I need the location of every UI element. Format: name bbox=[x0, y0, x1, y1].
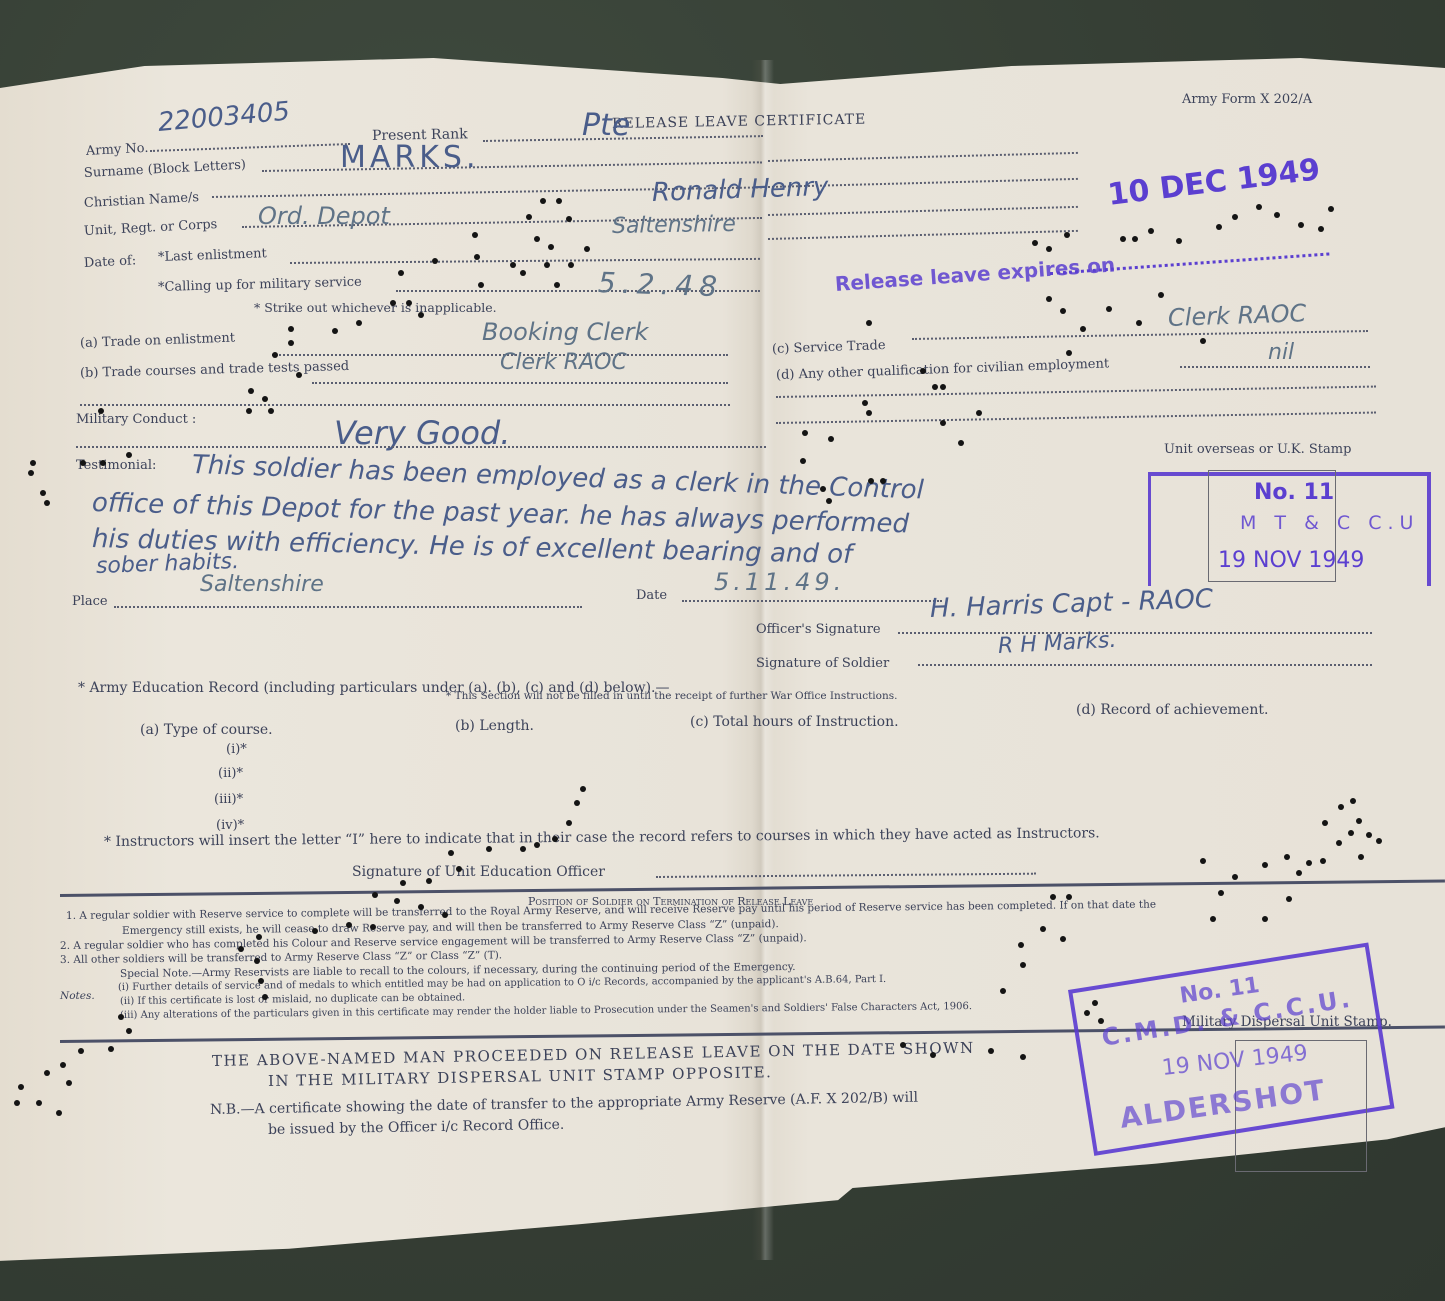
perforation-hole bbox=[526, 214, 532, 220]
perforation-hole bbox=[100, 460, 106, 466]
perforation-hole bbox=[406, 300, 412, 306]
education-col-c: (c) Total hours of Instruction. bbox=[690, 714, 899, 730]
surname-value: MARKS. bbox=[340, 140, 480, 175]
perforation-hole bbox=[118, 1014, 124, 1020]
perforation-hole bbox=[534, 842, 540, 848]
perforation-hole bbox=[574, 800, 580, 806]
perforation-hole bbox=[1098, 1018, 1104, 1024]
perforation-hole bbox=[940, 420, 946, 426]
perforation-hole bbox=[930, 1052, 936, 1058]
perforation-hole bbox=[474, 254, 480, 260]
christian-names-value: Ronald Henry bbox=[651, 172, 828, 208]
date-value: 5.11.49. bbox=[714, 568, 845, 596]
perforation-hole bbox=[1296, 870, 1302, 876]
perforation-hole bbox=[36, 1100, 42, 1106]
perforation-hole bbox=[1120, 236, 1126, 242]
other-qual-value: nil bbox=[1268, 340, 1294, 365]
perforation-hole bbox=[246, 408, 252, 414]
education-col-a: (a) Type of course. bbox=[140, 722, 273, 738]
unit-stamp-label: Unit overseas or U.K. Stamp bbox=[1164, 442, 1351, 457]
perforation-hole bbox=[1338, 804, 1344, 810]
perforation-hole bbox=[1262, 916, 1268, 922]
perforation-hole bbox=[312, 928, 318, 934]
perforation-hole bbox=[1066, 350, 1072, 356]
perforation-hole bbox=[1216, 224, 1222, 230]
perforation-hole bbox=[1284, 854, 1290, 860]
perforation-hole bbox=[1064, 232, 1070, 238]
perforation-hole bbox=[520, 270, 526, 276]
perforation-hole bbox=[826, 498, 832, 504]
date-line bbox=[682, 600, 942, 602]
perforation-hole bbox=[1328, 206, 1334, 212]
perforation-hole bbox=[1148, 228, 1154, 234]
education-row-iii: (iii)* bbox=[214, 792, 243, 807]
perforation-hole bbox=[108, 1046, 114, 1052]
perforation-hole bbox=[1376, 838, 1382, 844]
perforation-hole bbox=[248, 388, 254, 394]
testimonial-label: Testimonial: bbox=[76, 458, 156, 473]
other-qual-line bbox=[1180, 366, 1370, 368]
perforation-hole bbox=[370, 924, 376, 930]
perforation-hole bbox=[1106, 306, 1112, 312]
perforation-hole bbox=[880, 478, 886, 484]
perforation-hole bbox=[478, 282, 484, 288]
perforation-hole bbox=[30, 460, 36, 466]
perforation-hole bbox=[940, 384, 946, 390]
perforation-hole bbox=[554, 282, 560, 288]
perforation-hole bbox=[258, 978, 264, 984]
perforation-hole bbox=[262, 396, 268, 402]
perforation-hole bbox=[552, 836, 558, 842]
perforation-hole bbox=[1200, 858, 1206, 864]
education-row-iv: (iv)* bbox=[216, 818, 244, 833]
education-row-ii: (ii)* bbox=[218, 766, 243, 781]
perforation-hole bbox=[390, 300, 396, 306]
perforation-hole bbox=[1018, 942, 1024, 948]
education-row-i: (i)* bbox=[226, 742, 247, 757]
perforation-hole bbox=[14, 1100, 20, 1106]
perforation-hole bbox=[932, 384, 938, 390]
perforation-hole bbox=[1356, 818, 1362, 824]
perforation-hole bbox=[472, 232, 478, 238]
military-conduct-label: Military Conduct : bbox=[76, 412, 196, 427]
perforation-hole bbox=[510, 262, 516, 268]
perforation-hole bbox=[126, 452, 132, 458]
date-of-label: Date of: bbox=[84, 253, 137, 271]
perforation-hole bbox=[346, 922, 352, 928]
perforation-hole bbox=[1348, 830, 1354, 836]
perforation-hole bbox=[1060, 308, 1066, 314]
perforation-hole bbox=[1232, 214, 1238, 220]
place-line bbox=[114, 606, 582, 608]
perforation-hole bbox=[272, 352, 278, 358]
perforation-hole bbox=[238, 946, 244, 952]
perforation-hole bbox=[548, 244, 554, 250]
perforation-hole bbox=[828, 436, 834, 442]
education-col-d: (d) Record of achievement. bbox=[1076, 702, 1268, 718]
perforation-hole bbox=[1210, 916, 1216, 922]
perforation-hole bbox=[566, 820, 572, 826]
education-col-b: (b) Length. bbox=[455, 718, 534, 734]
perforation-hole bbox=[1318, 226, 1324, 232]
perforation-hole bbox=[1080, 326, 1086, 332]
perforation-hole bbox=[820, 486, 826, 492]
education-signature-label: Signature of Unit Education Officer bbox=[352, 864, 605, 880]
unit-value-2: Saltenshire bbox=[612, 212, 736, 239]
perforation-hole bbox=[1020, 962, 1026, 968]
perforation-hole bbox=[866, 410, 872, 416]
perforation-hole bbox=[356, 320, 362, 326]
perforation-hole bbox=[426, 878, 432, 884]
perforation-hole bbox=[256, 934, 262, 940]
perforation-hole bbox=[1262, 862, 1268, 868]
perforation-hole bbox=[1176, 238, 1182, 244]
perforation-hole bbox=[44, 1070, 50, 1076]
form-number: Army Form X 202/A bbox=[1182, 92, 1312, 107]
perforation-hole bbox=[1350, 798, 1356, 804]
perforation-hole bbox=[866, 320, 872, 326]
perforation-hole bbox=[568, 262, 574, 268]
perforation-hole bbox=[1286, 896, 1292, 902]
place-value: Saltenshire bbox=[200, 572, 324, 597]
perforation-hole bbox=[556, 198, 562, 204]
perforation-hole bbox=[1298, 222, 1304, 228]
perforation-hole bbox=[288, 340, 294, 346]
perforation-hole bbox=[544, 262, 550, 268]
trade-enlistment-value: Booking Clerk bbox=[482, 318, 648, 346]
perforation-hole bbox=[976, 410, 982, 416]
perforation-hole bbox=[520, 846, 526, 852]
perforation-hole bbox=[1322, 820, 1328, 826]
perforation-hole bbox=[1306, 860, 1312, 866]
officer-signature-label: Officer's Signature bbox=[756, 622, 881, 637]
unit-stamp-date: 19 NOV 1949 bbox=[1218, 548, 1364, 573]
perforation-hole bbox=[534, 236, 540, 242]
perforation-hole bbox=[566, 216, 572, 222]
perforation-hole bbox=[486, 846, 492, 852]
perforation-hole bbox=[66, 1080, 72, 1086]
strike-out-note: * Strike out whichever is inapplicable. bbox=[254, 300, 497, 315]
perforation-hole bbox=[1320, 858, 1326, 864]
perforation-hole bbox=[1218, 890, 1224, 896]
date-label: Date bbox=[636, 588, 667, 603]
perforation-hole bbox=[1358, 854, 1364, 860]
perforation-hole bbox=[400, 880, 406, 886]
perforation-hole bbox=[580, 786, 586, 792]
trade-courses-line bbox=[312, 382, 728, 384]
service-trade-value: Clerk RAOC bbox=[1168, 299, 1307, 332]
perforation-hole bbox=[44, 500, 50, 506]
unit-stamp-no: No. 11 bbox=[1254, 480, 1334, 505]
perforation-hole bbox=[418, 904, 424, 910]
perforation-hole bbox=[540, 198, 546, 204]
perforation-hole bbox=[988, 1048, 994, 1054]
perforation-hole bbox=[268, 408, 274, 414]
perforation-hole bbox=[900, 1042, 906, 1048]
perforation-hole bbox=[1336, 840, 1342, 846]
education-note: * This Section will not be filled in unt… bbox=[446, 690, 897, 702]
perforation-hole bbox=[1066, 894, 1072, 900]
unit-value: Ord. Depot bbox=[258, 202, 390, 230]
perforation-hole bbox=[432, 258, 438, 264]
perforation-hole bbox=[1092, 1000, 1098, 1006]
perforation-hole bbox=[18, 1084, 24, 1090]
perforation-hole bbox=[1200, 338, 1206, 344]
perforation-hole bbox=[254, 958, 260, 964]
perforation-hole bbox=[28, 470, 34, 476]
perforation-hole bbox=[296, 372, 302, 378]
perforation-hole bbox=[584, 246, 590, 252]
soldier-signature-line bbox=[918, 664, 1372, 666]
perforation-hole bbox=[1256, 204, 1262, 210]
perforation-hole bbox=[56, 1110, 62, 1116]
perforation-hole bbox=[288, 326, 294, 332]
place-label: Place bbox=[72, 594, 108, 609]
perforation-hole bbox=[958, 440, 964, 446]
perforation-hole bbox=[332, 328, 338, 334]
notes-label: Notes. bbox=[60, 990, 95, 1002]
perforation-hole bbox=[448, 850, 454, 856]
perforation-hole bbox=[456, 866, 462, 872]
unit-stamp-unit: M T & C C.U bbox=[1240, 512, 1419, 534]
perforation-hole bbox=[1158, 292, 1164, 298]
perforation-hole bbox=[262, 994, 268, 1000]
perforation-hole bbox=[60, 1062, 66, 1068]
perforation-hole bbox=[80, 460, 86, 466]
perforation-hole bbox=[1132, 236, 1138, 242]
perforation-hole bbox=[1050, 894, 1056, 900]
perforation-hole bbox=[862, 400, 868, 406]
calling-up-value: 5.2.48 bbox=[597, 266, 723, 303]
perforation-hole bbox=[920, 368, 926, 374]
perforation-hole bbox=[1084, 1010, 1090, 1016]
perforation-hole bbox=[372, 892, 378, 898]
perforation-hole bbox=[1366, 832, 1372, 838]
perforation-hole bbox=[1046, 296, 1052, 302]
perforation-hole bbox=[1000, 988, 1006, 994]
military-conduct-line bbox=[76, 446, 766, 448]
perforation-hole bbox=[40, 490, 46, 496]
perforation-hole bbox=[1136, 320, 1142, 326]
perforation-hole bbox=[1040, 926, 1046, 932]
officer-signature-line bbox=[898, 632, 1372, 634]
perforation-hole bbox=[394, 898, 400, 904]
soldier-signature-label: Signature of Soldier bbox=[756, 656, 889, 671]
perforation-hole bbox=[78, 1048, 84, 1054]
trade-courses-value: Clerk RAOC bbox=[500, 350, 627, 375]
perforation-hole bbox=[868, 478, 874, 484]
perforation-hole bbox=[398, 270, 404, 276]
perforation-hole bbox=[1274, 212, 1280, 218]
perforation-hole bbox=[418, 312, 424, 318]
perforation-hole bbox=[1046, 246, 1052, 252]
present-rank-value: Pte bbox=[582, 108, 630, 143]
perforation-hole bbox=[442, 912, 448, 918]
perforation-hole bbox=[1032, 240, 1038, 246]
perforation-hole bbox=[126, 1028, 132, 1034]
perforation-hole bbox=[1020, 1054, 1026, 1060]
perforation-hole bbox=[1060, 936, 1066, 942]
perforation-hole bbox=[800, 458, 806, 464]
perforation-hole bbox=[802, 430, 808, 436]
perforation-hole bbox=[1232, 874, 1238, 880]
trade-extra-line bbox=[80, 404, 730, 406]
perforation-hole bbox=[98, 408, 104, 414]
